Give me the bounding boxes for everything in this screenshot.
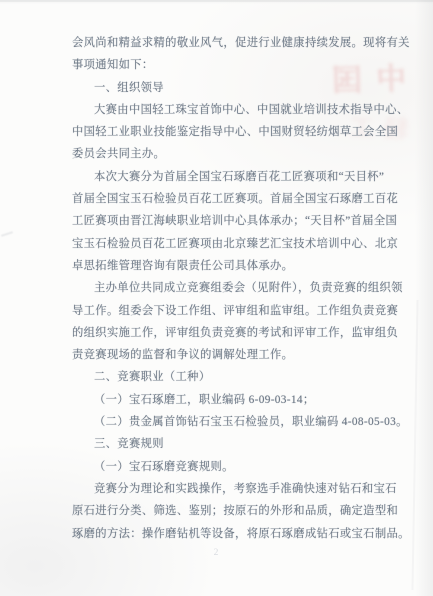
section-heading: 一、组织领导	[72, 77, 402, 99]
doc-line: 工匠赛项由晋江海峡职业培训中心具体承办；“天目杯”首届全国	[72, 210, 402, 232]
scan-scratch	[1, 231, 13, 237]
doc-line: 本次大赛分为首届全国宝石琢磨百花工匠赛项和“天目杯”	[72, 166, 402, 188]
doc-line: 卓思拓维管理咨询有限责任公司具体承办。	[72, 255, 402, 277]
doc-line: （一）宝石琢磨竞赛规则。	[72, 456, 402, 478]
section-heading: 二、竞赛职业（工种）	[72, 366, 402, 388]
doc-line: 原石进行分类、筛选、鉴别；按原石的外形和品质，确定造型和	[72, 500, 402, 522]
doc-line: 大赛由中国轻工珠宝首饰中心、中国就业培训技术指导中心、	[72, 99, 402, 121]
doc-line: 导工作。组委会下设工作组、评审组和监审组。工作组负责竞赛	[72, 300, 402, 322]
document-body: 会风尚和精益求精的敬业风气，促进行业健康持续发展。现将有关 事项通知如下： 一、…	[72, 32, 402, 545]
doc-line: 责竞赛现场的监督和争议的调解处理工作。	[72, 344, 402, 366]
doc-line: 的组织实施工作，评审组负责竞赛的考试和评审工作，监审组负	[72, 322, 402, 344]
paper-crease	[411, 300, 418, 590]
doc-line: 事项通知如下：	[72, 54, 402, 76]
section-heading: 三、竞赛规则	[72, 433, 402, 455]
doc-line: 首届全国宝玉石检验员百花工匠赛项。首届全国宝石琢磨工百花	[72, 188, 402, 210]
doc-line: 中国轻工业职业技能鉴定指导中心、中国财贸轻纺烟草工会全国	[72, 121, 402, 143]
scanned-page: 中国 轻工 会风尚和精益求精的敬业风气，促进行业健康持续发展。现将有关 事项通知…	[0, 0, 433, 596]
doc-line: 琢磨的方法：操作磨钻机等设备，将原石琢磨成钻石或宝石制品。	[72, 523, 402, 545]
doc-line: （一）宝石琢磨工，职业编码 6-09-03-14；	[72, 389, 402, 411]
doc-line: 主办单位共同成立竞赛组委会（见附件），负责竞赛的组织领	[72, 277, 402, 299]
doc-line: 会风尚和精益求精的敬业风气，促进行业健康持续发展。现将有关	[72, 32, 402, 54]
scan-edge-top	[0, 0, 433, 2]
page-number: 2	[0, 548, 433, 558]
doc-line: 竞赛分为理论和实践操作，考察选手准确快速对钻石和宝石	[72, 478, 402, 500]
doc-line: （二）贵金属首饰钻石宝玉石检验员，职业编码 4-08-05-03。	[72, 411, 402, 433]
doc-line: 委员会共同主办。	[72, 143, 402, 165]
doc-line: 宝玉石检验员百花工匠赛项由北京臻艺汇宝技术培训中心、北京	[72, 233, 402, 255]
